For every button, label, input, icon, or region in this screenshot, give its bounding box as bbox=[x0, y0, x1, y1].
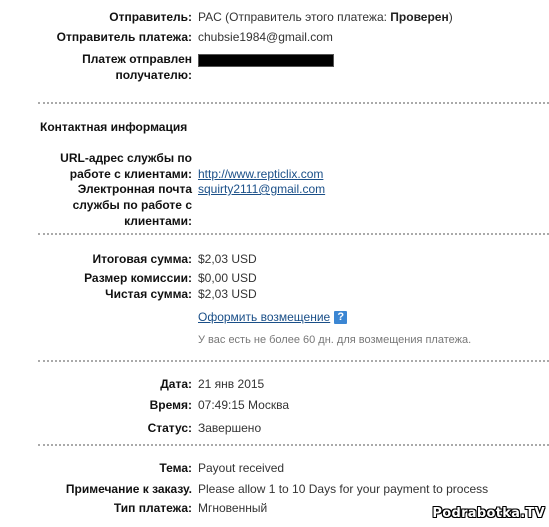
status-row: Статус: Завершено bbox=[0, 420, 549, 436]
refund-note: У вас есть не более 60 дн. для возмещени… bbox=[196, 332, 471, 348]
support-email-link[interactable]: squirty2111@gmail.com bbox=[198, 182, 325, 196]
refund-spacer bbox=[0, 309, 196, 325]
support-url-value: http://www.repticlix.com bbox=[196, 150, 323, 182]
support-url-row: URL-адрес службы по работе с клиентами: … bbox=[0, 150, 549, 182]
fee-value: $0,00 USD bbox=[196, 270, 257, 286]
sender-verified-status: Проверен bbox=[390, 10, 448, 24]
payer-label: Отправитель платежа: bbox=[0, 29, 196, 45]
support-email-value: squirty2111@gmail.com bbox=[196, 181, 325, 229]
redacted-recipient bbox=[198, 54, 334, 67]
recipient-label-line-2: получателю: bbox=[0, 67, 192, 83]
order-note-value: Please allow 1 to 10 Days for your payme… bbox=[196, 481, 488, 497]
sender-value-prefix: PAC (Отправитель этого платежа: bbox=[198, 10, 390, 24]
date-value: 21 янв 2015 bbox=[196, 376, 264, 392]
payer-row: Отправитель платежа: chubsie1984@gmail.c… bbox=[0, 29, 549, 45]
watermark: Podrabotka.TV bbox=[432, 506, 545, 521]
time-label: Время: bbox=[0, 397, 196, 413]
section-divider bbox=[38, 444, 549, 446]
total-value: $2,03 USD bbox=[196, 251, 257, 267]
recipient-label-line-1: Платеж отправлен bbox=[0, 51, 192, 67]
section-divider bbox=[38, 102, 549, 104]
subject-value: Payout received bbox=[196, 460, 284, 476]
net-label: Чистая сумма: bbox=[0, 286, 196, 302]
fee-label: Размер комиссии: bbox=[0, 270, 196, 286]
total-row: Итоговая сумма: $2,03 USD bbox=[0, 251, 549, 267]
time-value: 07:49:15 Москва bbox=[196, 397, 289, 413]
support-email-label-line-3: клиентами: bbox=[0, 213, 192, 229]
payment-type-value: Мгновенный bbox=[196, 500, 267, 516]
sender-label: Отправитель: bbox=[0, 9, 196, 25]
refund-row: Оформить возмещение? bbox=[0, 309, 549, 325]
recipient-label: Платеж отправлен получателю: bbox=[0, 51, 196, 83]
net-value: $2,03 USD bbox=[196, 286, 257, 302]
status-label: Статус: bbox=[0, 420, 196, 436]
status-value: Завершено bbox=[196, 420, 261, 436]
support-url-label-line-2: работе с клиентами: bbox=[0, 166, 192, 182]
section-divider bbox=[38, 233, 549, 235]
order-note-row: Примечание к заказу. Please allow 1 to 1… bbox=[0, 481, 549, 497]
help-icon[interactable]: ? bbox=[334, 311, 347, 324]
date-row: Дата: 21 янв 2015 bbox=[0, 376, 549, 392]
fee-row: Размер комиссии: $0,00 USD bbox=[0, 270, 549, 286]
net-row: Чистая сумма: $2,03 USD bbox=[0, 286, 549, 302]
contact-info-heading: Контактная информация bbox=[40, 120, 187, 134]
order-note-label: Примечание к заказу. bbox=[0, 481, 196, 497]
subject-row: Тема: Payout received bbox=[0, 460, 549, 476]
refund-link[interactable]: Оформить возмещение bbox=[198, 310, 330, 324]
date-label: Дата: bbox=[0, 376, 196, 392]
support-url-label: URL-адрес службы по работе с клиентами: bbox=[0, 150, 196, 182]
payer-value: chubsie1984@gmail.com bbox=[196, 29, 333, 45]
support-url-label-line-1: URL-адрес службы по bbox=[0, 150, 192, 166]
refund-note-spacer bbox=[0, 332, 196, 348]
section-divider bbox=[38, 360, 549, 362]
total-label: Итоговая сумма: bbox=[0, 251, 196, 267]
time-row: Время: 07:49:15 Москва bbox=[0, 397, 549, 413]
sender-row: Отправитель: PAC (Отправитель этого плат… bbox=[0, 9, 549, 25]
support-email-label-line-2: службы по работе с bbox=[0, 197, 192, 213]
payment-type-label: Тип платежа: bbox=[0, 500, 196, 516]
support-email-label-line-1: Электронная почта bbox=[0, 181, 192, 197]
refund-note-row: У вас есть не более 60 дн. для возмещени… bbox=[0, 332, 549, 348]
support-url-link[interactable]: http://www.repticlix.com bbox=[198, 167, 323, 181]
sender-value-suffix: ) bbox=[449, 10, 453, 24]
subject-label: Тема: bbox=[0, 460, 196, 476]
support-email-label: Электронная почта службы по работе с кли… bbox=[0, 181, 196, 229]
recipient-value bbox=[196, 51, 334, 83]
support-email-row: Электронная почта службы по работе с кли… bbox=[0, 181, 549, 229]
sender-value: PAC (Отправитель этого платежа: Проверен… bbox=[196, 9, 453, 25]
refund-value: Оформить возмещение? bbox=[196, 309, 347, 325]
recipient-row: Платеж отправлен получателю: bbox=[0, 51, 549, 83]
